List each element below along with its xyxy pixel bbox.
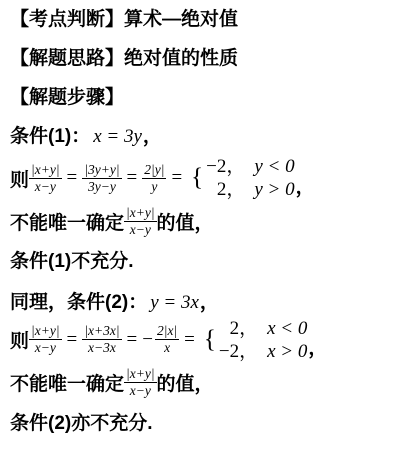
step1-condition-comma: ， [143, 125, 162, 149]
equals-sign: = [127, 167, 138, 189]
step2-condition-line: 同理，条件(2)： y = 3x ， [10, 291, 387, 315]
solution-idea-bracket-label: 【解题思路】 [10, 47, 124, 71]
then-label: 则 [10, 326, 29, 353]
step1-condition-line: 条件(1)： x = 3y ， [10, 125, 387, 149]
case2-value: 2， [217, 178, 246, 201]
exam-point-line: 【考点判断】 算术—绝对值 [10, 8, 387, 32]
fraction-numerator: |x+y| [29, 323, 62, 340]
fraction-2-abs-y: 2|y| y [142, 162, 166, 195]
fraction-denominator: x−y [29, 340, 62, 356]
fraction-numerator: |x+y| [124, 205, 157, 222]
inline-fraction: |x+y| x−y [124, 366, 157, 399]
step1-condition-label: 条件(1)： [10, 125, 90, 149]
trailing-comma: ， [296, 172, 315, 199]
case2-condition: x > 0 [267, 340, 307, 363]
fraction-abs-x-plus-y: |x+y| x−y [29, 323, 62, 356]
step1-conclusion-line: 条件(1)不充分. [10, 250, 387, 274]
value-text: 的值， [157, 208, 214, 235]
case1-value: −2， [206, 155, 245, 178]
solution-idea-line: 【解题思路】 绝对值的性质 [10, 47, 387, 71]
fraction-denominator: x−y [124, 383, 157, 399]
solution-steps-bracket-label: 【解题步骤】 [10, 86, 124, 110]
equals-sign: = [184, 329, 195, 351]
then-label: 则 [10, 165, 29, 192]
value-text: 的值， [157, 369, 214, 396]
step2-condition-equation: y = 3x [150, 291, 199, 315]
equals-sign: = [67, 329, 78, 351]
equals-sign: = [67, 167, 78, 189]
fraction-denominator: x−y [124, 222, 157, 238]
step2-cannot-determine-line: 不能唯一确定 |x+y| x−y 的值， [10, 366, 387, 399]
fraction-numerator: |x+y| [124, 366, 157, 383]
step1-piecewise-cases: −2， y < 0 2， y > 0 [206, 155, 294, 201]
step2-derivation-line: 则 |x+y| x−y = |x+3x| x−3x = − 2|x| x = {… [10, 317, 387, 363]
step2-piecewise-cases: 2， x < 0 −2， x > 0 [219, 317, 307, 363]
fraction-abs-3y-plus-y: |3y+y| 3y−y [82, 162, 121, 195]
fraction-numerator: |x+3x| [82, 323, 121, 340]
minus-sign: − [142, 329, 153, 351]
fraction-abs-x-plus-3x: |x+3x| x−3x [82, 323, 121, 356]
step1-derivation-line: 则 |x+y| x−y = |3y+y| 3y−y = 2|y| y = { −… [10, 155, 387, 201]
step1-conclusion: 条件(1)不充分. [10, 250, 134, 274]
math-solution-document: 【考点判断】 算术—绝对值 【解题思路】 绝对值的性质 【解题步骤】 条件(1)… [0, 0, 395, 436]
fraction-denominator: x−3x [82, 340, 121, 356]
step1-cannot-determine-line: 不能唯一确定 |x+y| x−y 的值， [10, 205, 387, 238]
solution-idea-value: 绝对值的性质 [124, 47, 238, 71]
fraction-denominator: 3y−y [82, 179, 121, 195]
step2-conclusion-line: 条件(2)亦不充分. [10, 412, 387, 436]
exam-point-value: 算术—绝对值 [124, 8, 238, 32]
step2-similarly-label: 同理，条件(2)： [10, 291, 147, 315]
left-brace: { [204, 326, 216, 354]
inline-fraction: |x+y| x−y [124, 205, 157, 238]
fraction-2-abs-x: 2|x| x [155, 323, 179, 356]
step2-condition-comma: ， [200, 291, 219, 315]
fraction-numerator: |3y+y| [82, 162, 121, 179]
case1-condition: y < 0 [254, 155, 294, 178]
equals-sign: = [127, 329, 138, 351]
case2-condition: y > 0 [254, 178, 294, 201]
left-brace: { [191, 164, 203, 192]
fraction-denominator: x−y [29, 179, 62, 195]
case1-condition: x < 0 [267, 317, 307, 340]
fraction-numerator: 2|y| [142, 162, 166, 179]
fraction-denominator: x [155, 340, 179, 356]
trailing-comma: ， [308, 333, 327, 360]
equals-sign: = [171, 167, 182, 189]
fraction-abs-x-plus-y: |x+y| x−y [29, 162, 62, 195]
cannot-determine-text: 不能唯一确定 [10, 369, 124, 396]
fraction-numerator: |x+y| [29, 162, 62, 179]
step2-conclusion: 条件(2)亦不充分. [10, 412, 153, 436]
fraction-numerator: 2|x| [155, 323, 179, 340]
step1-condition-equation: x = 3y [93, 125, 142, 149]
solution-steps-line: 【解题步骤】 [10, 86, 387, 110]
exam-point-bracket-label: 【考点判断】 [10, 8, 124, 32]
fraction-denominator: y [142, 179, 166, 195]
cannot-determine-text: 不能唯一确定 [10, 208, 124, 235]
case1-value: 2， [230, 317, 259, 340]
case2-value: −2， [219, 340, 258, 363]
